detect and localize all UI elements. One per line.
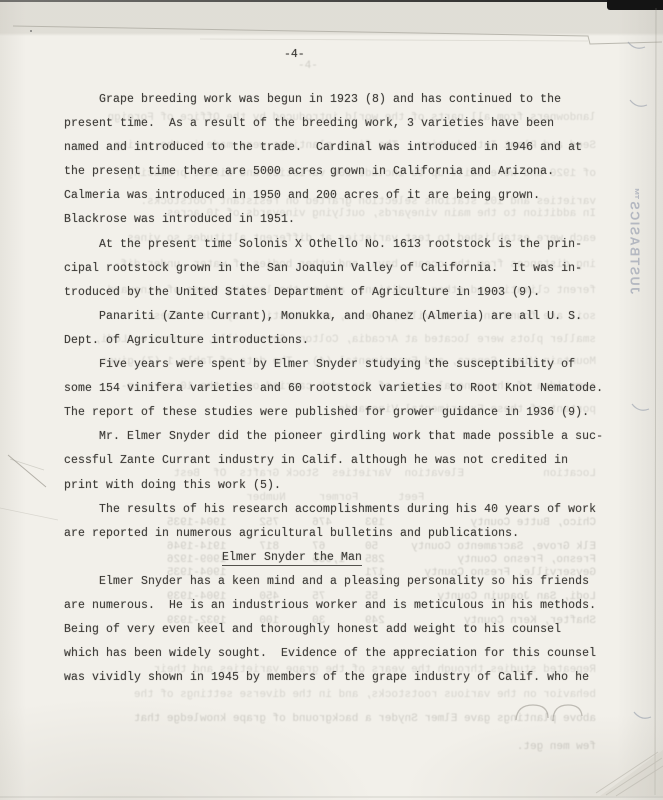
binder-hole-marks	[628, 42, 651, 718]
justbasics-stamp: JUSTBASICS™	[624, 168, 642, 313]
text-line: Five years were spent by Elmer Snyder st…	[64, 353, 609, 377]
page-edge-line	[13, 26, 662, 44]
text-line: Calmeria was introduced in 1950 and 200 …	[64, 184, 609, 208]
text-line: print with doing this work (5).	[64, 474, 609, 498]
section-heading: Elmer Snyder the Man	[64, 546, 609, 570]
page-number-ghost: -4-	[298, 60, 318, 72]
left-crease-hair	[0, 455, 58, 520]
corner-crease-shade	[600, 750, 663, 796]
text-line: some 154 vinifera varieties and 60 roots…	[64, 377, 609, 401]
text-line: which has been widely sought. Evidence o…	[64, 642, 609, 666]
text-line: Panariti (Zante Currant), Monukka, and O…	[64, 305, 609, 329]
document-body: Grape breeding work was begun in 1923 (8…	[64, 88, 609, 690]
bleed-through-text: behavior on the various rootstocks, and …	[64, 689, 596, 701]
text-line: Being of very even keel and thoroughly h…	[64, 618, 609, 642]
page-right-edge	[655, 8, 656, 795]
text-line: Blackrose was introduced in 1951.	[64, 208, 609, 232]
text-line: present time. As a result of the breedin…	[64, 112, 609, 136]
section-heading-text: Elmer Snyder the Man	[222, 551, 362, 566]
text-line: The results of his research accomplishme…	[64, 498, 609, 522]
text-line: are numerous. He is an industrious worke…	[64, 594, 609, 618]
scanned-page: -4- -4- landowners from all parts of the…	[0, 0, 663, 800]
text-line: was vividly shown in 1945 by members of …	[64, 666, 609, 690]
text-line: cipal rootstock grown in the San Joaquin…	[64, 257, 609, 281]
scanner-corner-block	[607, 0, 663, 10]
text-line: cessful Zante Currant industry in Calif.…	[64, 449, 609, 473]
text-line: named and introduced to the trade. Cardi…	[64, 136, 609, 160]
paper-clip-mark	[516, 705, 582, 721]
text-line: At the present time Solonis X Othello No…	[64, 233, 609, 257]
scanner-edge-strip	[0, 0, 663, 2]
text-line: Elmer Snyder has a keen mind and a pleas…	[64, 570, 609, 594]
page-edge-line-2	[200, 39, 588, 41]
text-line: are reported in numerous agricultural bu…	[64, 522, 609, 546]
bleed-through-text: above plantings gave Elmer Snyder a back…	[64, 713, 596, 725]
bleed-through-text: few men get.	[64, 741, 596, 753]
text-line: the present time there are 5000 acres gr…	[64, 160, 609, 184]
text-line: Grape breeding work was begun in 1923 (8…	[64, 88, 609, 112]
text-line: Mr. Elmer Snyder did the pioneer girdlin…	[64, 425, 609, 449]
dust-speck	[30, 30, 32, 32]
corner-crease-lines	[596, 752, 663, 796]
text-line: The report of these studies were publish…	[64, 401, 609, 425]
text-line: Dept. of Agriculture introductions.	[64, 329, 609, 353]
text-line: troduced by the United States Department…	[64, 281, 609, 305]
